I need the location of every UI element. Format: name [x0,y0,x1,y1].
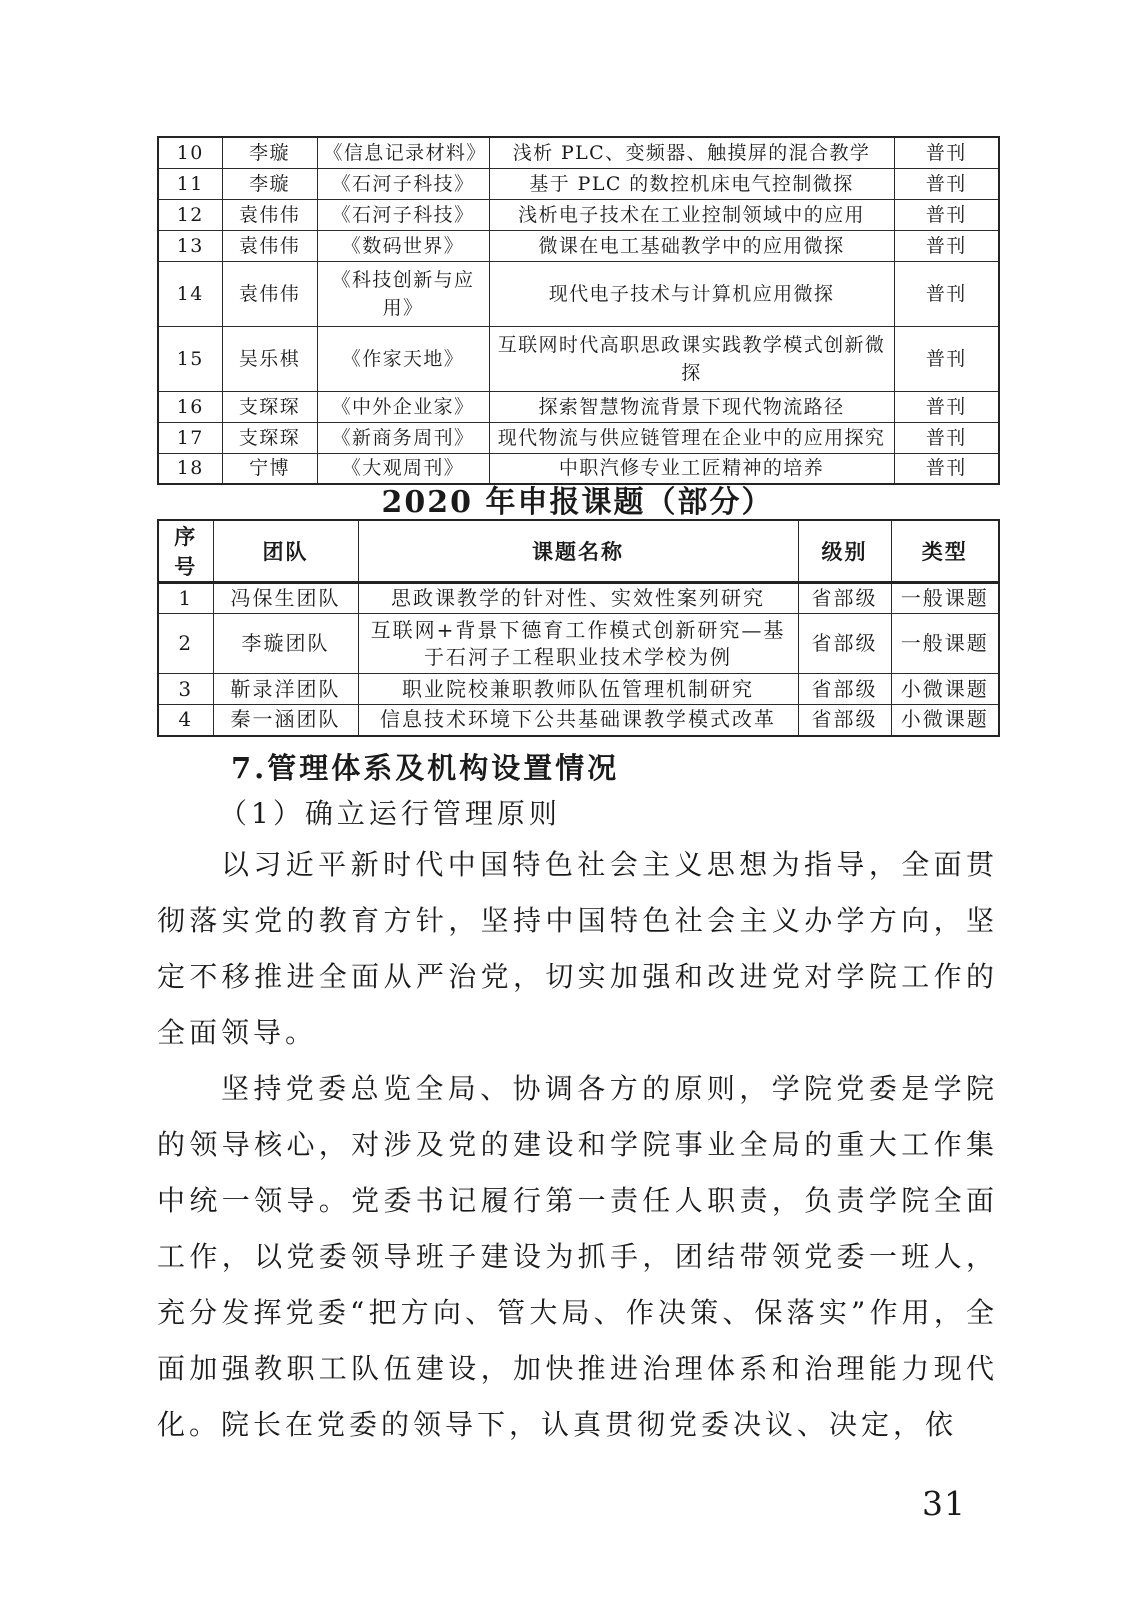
cell-title: 探索智慧物流背景下现代物流路径 [489,391,894,422]
cell-journal: 《大观周刊》 [317,453,489,484]
cell-no: 4 [158,705,213,736]
cell-no: 13 [158,230,222,261]
table-caption-2020: 2020 年申报课题（部分） [157,486,998,519]
table-row: 11 李璇 《石河子科技》 基于 PLC 的数控机床电气控制微探 普刊 [158,168,999,199]
cell-type: 一般课题 [891,583,999,614]
cell-type: 普刊 [894,391,999,422]
cell-title: 互联网时代高职思政课实践教学模式创新微探 [489,326,894,391]
publications-table: 10 李璇 《信息记录材料》 浅析 PLC、变频器、触摸屏的混合教学 普刊 11… [157,136,1000,485]
cell-level: 省部级 [798,705,891,736]
table-row: 16 支琛琛 《中外企业家》 探索智慧物流背景下现代物流路径 普刊 [158,391,999,422]
cell-author: 袁伟伟 [222,199,317,230]
header-team: 团队 [213,520,358,583]
cell-team: 秦一涵团队 [213,705,358,736]
cell-no: 11 [158,168,222,199]
cell-journal: 《数码世界》 [317,230,489,261]
cell-level: 省部级 [798,614,891,674]
cell-journal: 《石河子科技》 [317,199,489,230]
table-row: 1 冯保生团队 思政课教学的针对性、实效性案列研究 省部级 一般课题 [158,583,999,614]
cell-author: 李璇 [222,168,317,199]
table-row: 14 袁伟伟 《科技创新与应用》 现代电子技术与计算机应用微探 普刊 [158,261,999,326]
table-row: 3 靳录洋团队 职业院校兼职教师队伍管理机制研究 省部级 小微课题 [158,674,999,705]
cell-type: 小微课题 [891,674,999,705]
table-row: 2 李璇团队 互联网+背景下德育工作模式创新研究—基于石河子工程职业技术学校为例… [158,614,999,674]
table-row: 13 袁伟伟 《数码世界》 微课在电工基础教学中的应用微探 普刊 [158,230,999,261]
cell-type: 一般课题 [891,614,999,674]
cell-no: 16 [158,391,222,422]
body-paragraph-1: 以习近平新时代中国特色社会主义思想为指导，全面贯彻落实党的教育方针，坚持中国特色… [157,837,998,1061]
cell-title: 浅析电子技术在工业控制领域中的应用 [489,199,894,230]
cell-no: 3 [158,674,213,705]
cell-author: 支琛琛 [222,391,317,422]
cell-title: 微课在电工基础教学中的应用微探 [489,230,894,261]
cell-title: 中职汽修专业工匠精神的培养 [489,453,894,484]
cell-journal: 《新商务周刊》 [317,422,489,453]
cell-type: 普刊 [894,168,999,199]
header-type: 类型 [891,520,999,583]
cell-journal: 《作家天地》 [317,326,489,391]
cell-title: 现代电子技术与计算机应用微探 [489,261,894,326]
cell-author: 袁伟伟 [222,230,317,261]
cell-title: 基于 PLC 的数控机床电气控制微探 [489,168,894,199]
cell-title: 信息技术环境下公共基础课教学模式改革 [358,705,798,736]
cell-title: 互联网+背景下德育工作模式创新研究—基于石河子工程职业技术学校为例 [358,614,798,674]
cell-author: 李璇 [222,137,317,168]
cell-team: 冯保生团队 [213,583,358,614]
header-title: 课题名称 [358,520,798,583]
table-row: 17 支琛琛 《新商务周刊》 现代物流与供应链管理在企业中的应用探究 普刊 [158,422,999,453]
table-row: 4 秦一涵团队 信息技术环境下公共基础课教学模式改革 省部级 小微课题 [158,705,999,736]
cell-no: 2 [158,614,213,674]
cell-level: 省部级 [798,674,891,705]
cell-title: 思政课教学的针对性、实效性案列研究 [358,583,798,614]
section-heading: 7.管理体系及机构设置情况 [157,751,998,785]
page-content: 10 李璇 《信息记录材料》 浅析 PLC、变频器、触摸屏的混合教学 普刊 11… [157,136,998,1453]
cell-no: 1 [158,583,213,614]
table-row: 12 袁伟伟 《石河子科技》 浅析电子技术在工业控制领域中的应用 普刊 [158,199,999,230]
cell-title: 职业院校兼职教师队伍管理机制研究 [358,674,798,705]
cell-title: 现代物流与供应链管理在企业中的应用探究 [489,422,894,453]
cell-journal: 《中外企业家》 [317,391,489,422]
cell-type: 普刊 [894,453,999,484]
cell-journal: 《科技创新与应用》 [317,261,489,326]
cell-no: 18 [158,453,222,484]
table-row: 10 李璇 《信息记录材料》 浅析 PLC、变频器、触摸屏的混合教学 普刊 [158,137,999,168]
cell-team: 李璇团队 [213,614,358,674]
cell-no: 15 [158,326,222,391]
cell-team: 靳录洋团队 [213,674,358,705]
cell-author: 吴乐棋 [222,326,317,391]
table-row: 18 宁博 《大观周刊》 中职汽修专业工匠精神的培养 普刊 [158,453,999,484]
body-paragraph-2: 坚持党委总览全局、协调各方的原则，学院党委是学院的领导核心，对涉及党的建设和学院… [157,1061,998,1453]
header-level: 级别 [798,520,891,583]
cell-journal: 《石河子科技》 [317,168,489,199]
header-no: 序号 [158,520,213,583]
cell-author: 支琛琛 [222,422,317,453]
cell-journal: 《信息记录材料》 [317,137,489,168]
table-row: 15 吴乐棋 《作家天地》 互联网时代高职思政课实践教学模式创新微探 普刊 [158,326,999,391]
cell-level: 省部级 [798,583,891,614]
section-subheading: （1）确立运行管理原则 [157,797,998,831]
page-number: 31 [922,1484,966,1523]
projects-table: 序号 团队 课题名称 级别 类型 1 冯保生团队 思政课教学的针对性、实效性案列… [157,519,1000,737]
cell-type: 普刊 [894,230,999,261]
cell-type: 普刊 [894,326,999,391]
cell-type: 普刊 [894,199,999,230]
cell-type: 普刊 [894,261,999,326]
cell-type: 小微课题 [891,705,999,736]
document-page: 10 李璇 《信息记录材料》 浅析 PLC、变频器、触摸屏的混合教学 普刊 11… [0,0,1131,1600]
cell-author: 宁博 [222,453,317,484]
table-header-row: 序号 团队 课题名称 级别 类型 [158,520,999,583]
cell-type: 普刊 [894,422,999,453]
cell-author: 袁伟伟 [222,261,317,326]
cell-no: 10 [158,137,222,168]
cell-no: 12 [158,199,222,230]
cell-no: 17 [158,422,222,453]
cell-no: 14 [158,261,222,326]
cell-type: 普刊 [894,137,999,168]
cell-title: 浅析 PLC、变频器、触摸屏的混合教学 [489,137,894,168]
